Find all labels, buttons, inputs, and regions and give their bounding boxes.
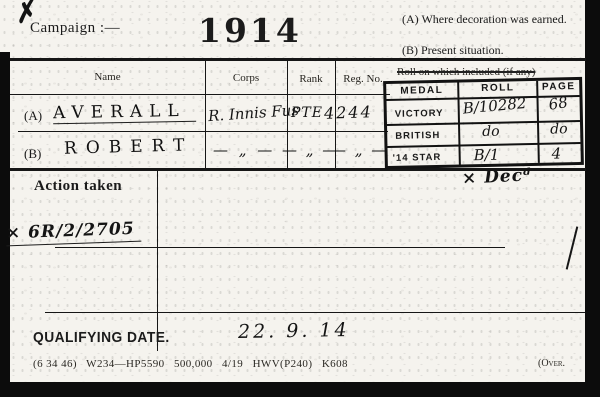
qualifying-date-value: 22. 9. 14: [238, 319, 350, 343]
col-header-name: Name: [10, 71, 205, 83]
medal-row-star-label: '14 STAR: [393, 152, 442, 164]
note-where-earned: (A) Where decoration was earned.: [402, 12, 567, 27]
pen-mark: [566, 226, 579, 269]
deceased-note: × Decᵈ: [462, 165, 533, 189]
grid-header-underline: [10, 94, 390, 95]
row-a-corps: R. Innis Fus: [207, 101, 299, 125]
medal-row-british-page: do: [550, 121, 568, 137]
grid-row-separator: [18, 131, 388, 132]
medal-box-header-medal: MEDAL: [386, 85, 457, 97]
medal-roll-page-box: MEDAL ROLL PAGE VICTORY B/10282 68 BRITI…: [383, 77, 584, 169]
print-code: (6 34 46) W234—HP5590 500,000 4/19 HWV(P…: [33, 358, 348, 370]
col-header-rank: Rank: [287, 73, 335, 85]
note-present-situation: (B) Present situation.: [402, 43, 504, 58]
col-header-corps: Corps: [205, 72, 287, 84]
row-a-name: AVERALL: [53, 101, 196, 124]
row-a-reg-no: 4244: [324, 102, 373, 123]
over-note: (Over.: [538, 358, 565, 369]
medal-box-header-page: PAGE: [538, 81, 579, 93]
medal-row-victory-label: VICTORY: [395, 108, 444, 120]
campaign-year: 1914: [198, 11, 302, 50]
row-b-reg-ditto: — „ —: [331, 141, 388, 159]
row-a-prefix: (A): [24, 108, 42, 124]
campaign-label: Campaign :—: [30, 20, 120, 37]
medal-row-british-roll: do: [482, 124, 500, 140]
row-b-corps-ditto: — „ —: [213, 141, 275, 159]
header-rule: [10, 58, 586, 61]
qualifying-date-label: QUALIFYING DATE.: [33, 329, 170, 346]
medal-index-card: ✗ Campaign :— 1914 (A) Where decoration …: [0, 0, 600, 397]
scan-border-bottom: [0, 382, 600, 397]
action-hline-1: [55, 247, 505, 248]
action-hline-2: [45, 312, 585, 313]
action-reference: × 6R/2/2705: [6, 219, 141, 247]
col-header-roll: Roll on which included (if any): [397, 66, 535, 78]
medal-row-star-roll: B/1: [473, 146, 499, 165]
scan-border-right: [585, 0, 600, 383]
row-a-rank: PTE: [291, 105, 323, 121]
medal-row-victory-page: 68: [547, 93, 569, 114]
medal-box-header-roll: ROLL: [459, 82, 536, 95]
medal-row-star-page: 4: [551, 144, 561, 162]
medal-row-british-label: BRITISH: [395, 130, 440, 142]
action-vline: [157, 171, 158, 351]
row-b-name: ROBERT: [64, 135, 194, 158]
row-b-prefix: (B): [24, 146, 41, 162]
action-taken-label: Action taken: [34, 178, 122, 195]
scan-border-left: [0, 52, 10, 383]
